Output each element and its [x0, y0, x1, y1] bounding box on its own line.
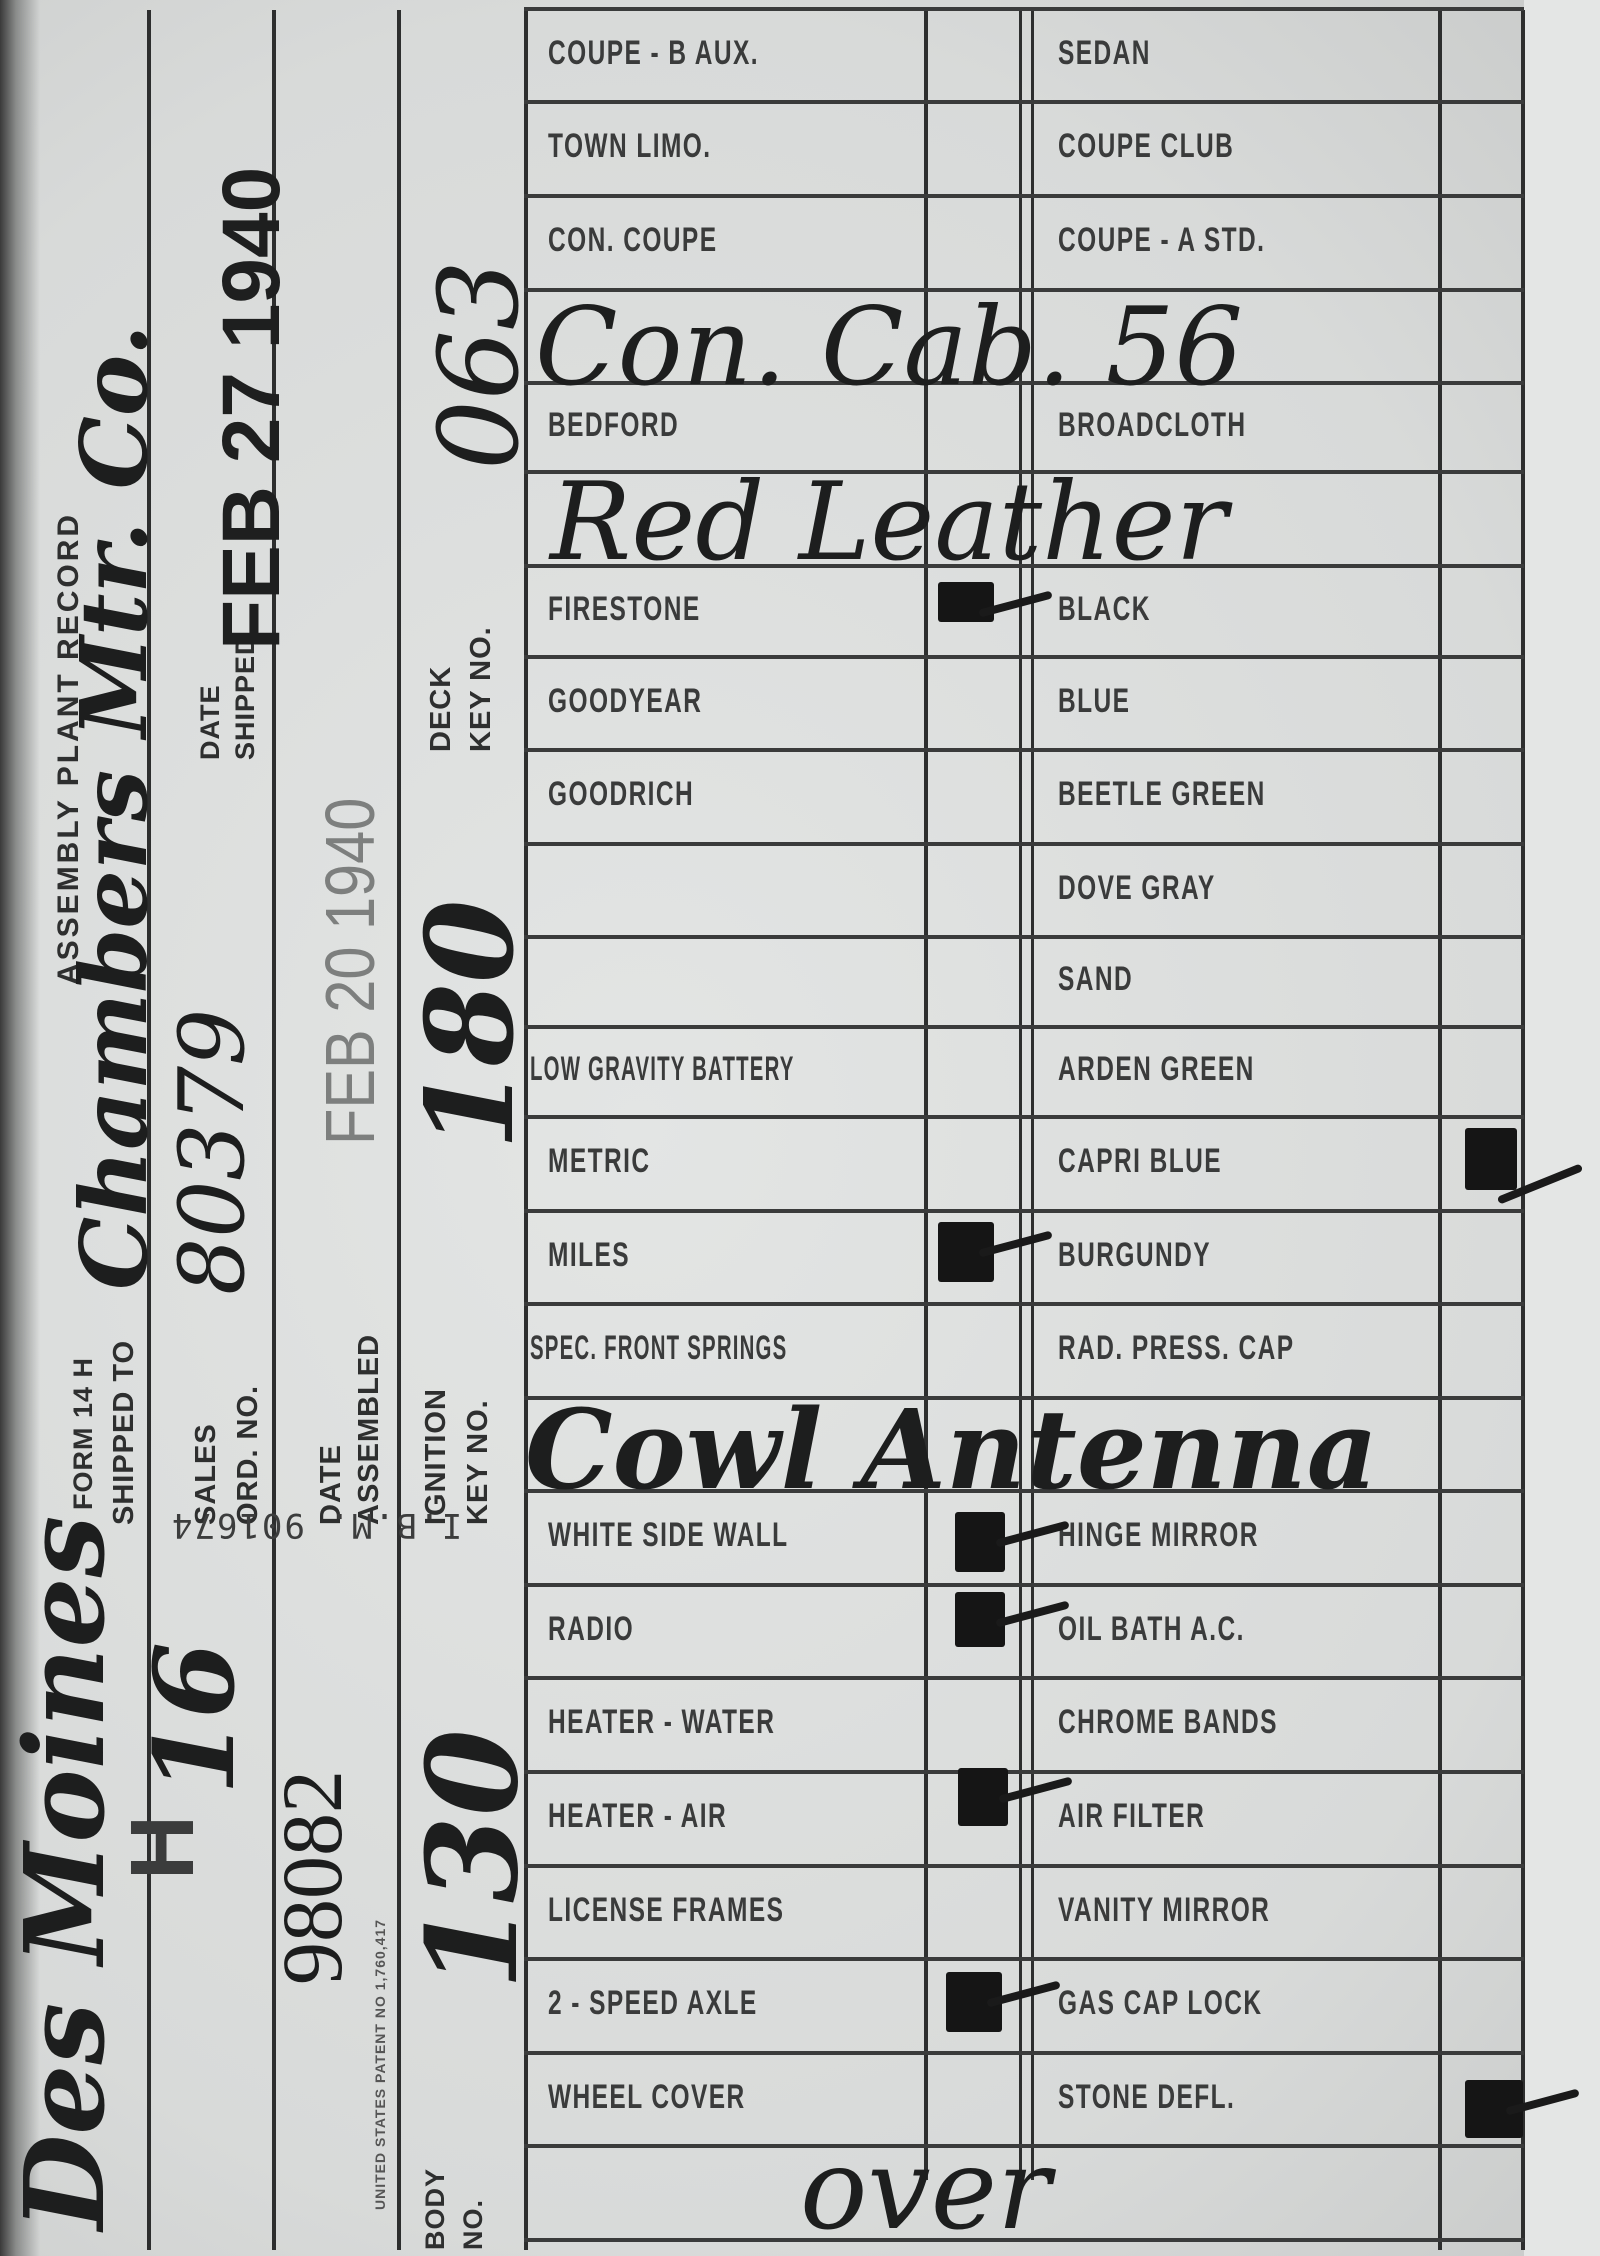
deck-key-no-label: KEY NO.	[465, 626, 498, 752]
grid-left-item: CON. COUPE	[548, 221, 717, 260]
grid-right-item: CHROME BANDS	[1058, 1703, 1278, 1742]
grid-right-item: COUPE CLUB	[1058, 127, 1234, 166]
grid-row-line	[524, 935, 1524, 939]
grid-right-item: SEDAN	[1058, 34, 1151, 73]
trim-handwriting: Red Leather	[550, 460, 1227, 585]
grid-left-item: METRIC	[548, 1142, 650, 1181]
checkmark-stone-defl	[1465, 2080, 1523, 2138]
grid-right-item: BEETLE GREEN	[1058, 775, 1266, 814]
ibm-number: I.B.M. 901674	[170, 1505, 462, 1545]
grid-left-item: WHEEL COVER	[548, 2078, 746, 2117]
grid-right-border	[1521, 10, 1525, 2250]
grid-left-item: COUPE - B AUX.	[548, 34, 759, 73]
grid-right-item: GAS CAP LOCK	[1058, 1984, 1263, 2023]
shipped-to-city-handwriting: Des Moines	[0, 1516, 129, 2230]
body-no-label: NO.	[458, 2199, 489, 2250]
grid-right-item: BURGUNDY	[1058, 1236, 1211, 1275]
date-shipped-label-2: SHIPPED	[230, 634, 261, 760]
grid-row-line	[524, 7, 1524, 11]
grid-left-item: GOODRICH	[548, 775, 694, 814]
grid-right-item: RAD. PRESS. CAP	[1058, 1329, 1295, 1368]
grid-left-item: GOODYEAR	[548, 682, 702, 721]
checkmark-air-filter	[958, 1768, 1008, 1826]
grid-right-item: BROADCLOTH	[1058, 406, 1246, 445]
grid-row-line	[524, 1770, 1524, 1774]
grid-col-check-right	[1438, 10, 1442, 2250]
grid-right-item: STONE DEFL.	[1058, 2078, 1235, 2117]
grid-row-line	[524, 1025, 1524, 1029]
grid-right-item: BLUE	[1058, 682, 1130, 721]
date-shipped-stamp: FEB 27 1940	[205, 167, 299, 650]
sales-ord-handwriting: 80379	[160, 1009, 265, 1295]
grid-left-item: 2 - SPEED AXLE	[548, 1984, 758, 2023]
form-number: FORM 14 H	[68, 1357, 99, 1510]
date-assembled-stamp: FEB 20 1940	[310, 798, 390, 1145]
date-shipped-label: DATE	[195, 685, 226, 761]
checkmark-hinge-mirror	[955, 1512, 1005, 1572]
grid-right-item: VANITY MIRROR	[1058, 1891, 1270, 1930]
checkmark-capri-blue	[1465, 1128, 1517, 1190]
body-label: BODY	[420, 2168, 451, 2250]
shipped-to-handwriting: Chambers Mtr. Co.	[60, 324, 168, 1290]
ignition-key-handwriting: 180	[400, 900, 541, 1151]
ord-no-label: ORD. NO.	[232, 1385, 265, 1525]
grid-row-line	[524, 1115, 1524, 1119]
grid-left-item: HEATER - AIR	[548, 1797, 727, 1836]
grid-left-item: TOWN LIMO.	[548, 127, 712, 166]
grid-left-item: FIRESTONE	[548, 590, 701, 629]
serial-stamp: 98082	[262, 1770, 362, 1985]
grid-right-item: DOVE GRAY	[1058, 869, 1216, 908]
checkmark-burgundy	[938, 1222, 994, 1282]
checkmark-black	[938, 582, 994, 622]
deck-label: DECK	[425, 666, 458, 752]
grid-left-item: MILES	[548, 1236, 630, 1275]
grid-right-item: HINGE MIRROR	[1058, 1516, 1259, 1555]
grid-left-item: HEATER - WATER	[548, 1703, 775, 1742]
grid-right-item: AIR FILTER	[1058, 1797, 1205, 1836]
grid-left-item: BEDFORD	[548, 406, 679, 445]
grid-row-line	[524, 2051, 1524, 2055]
sales-ord-suffix-handwriting: 16	[130, 1642, 259, 1795]
grid-row-line	[524, 1302, 1524, 1306]
grid-row-line	[524, 194, 1524, 198]
grid-row-line	[524, 748, 1524, 752]
accessory-handwriting: Cowl Antenna	[525, 1385, 1378, 1514]
grid-right-item: OIL BATH A.C.	[1058, 1610, 1245, 1649]
checkmark-oil-bath	[955, 1592, 1005, 1647]
footer-handwriting: over	[800, 2125, 1051, 2255]
grid-right-item: BLACK	[1058, 590, 1151, 629]
patent-notice: UNITED STATES PATENT NO 1,760,417	[372, 1919, 388, 2210]
grid-row-line	[524, 1583, 1524, 1587]
grid-left-item: LOW GRAVITY BATTERY	[530, 1050, 795, 1089]
grid-right-item: COUPE - A STD.	[1058, 221, 1265, 260]
grid-right-item: CAPRI BLUE	[1058, 1142, 1222, 1181]
grid-row-line	[524, 655, 1524, 659]
grid-left-item: LICENSE FRAMES	[548, 1891, 784, 1930]
card-right-margin	[1524, 0, 1600, 2256]
grid-row-line	[524, 1676, 1524, 1680]
body-no-handwriting: 130	[400, 1729, 546, 1990]
grid-left-item: RADIO	[548, 1610, 634, 1649]
grid-left-item: WHITE SIDE WALL	[548, 1516, 789, 1555]
grid-row-line	[524, 842, 1524, 846]
grid-row-line	[524, 1957, 1524, 1961]
deck-key-handwriting: 063	[415, 260, 543, 470]
checkmark-gas-cap-lock	[946, 1972, 1002, 2032]
grid-row-line	[524, 1864, 1524, 1868]
shipped-to-label: SHIPPED TO	[108, 1340, 141, 1525]
grid-right-item: SAND	[1058, 960, 1133, 999]
grid-right-item: ARDEN GREEN	[1058, 1050, 1255, 1089]
grid-row-line	[524, 100, 1524, 104]
grid-row-line	[524, 1209, 1524, 1213]
body-type-handwriting: Con. Cab. 56	[535, 285, 1243, 410]
ignition-key-no-label: KEY NO.	[462, 1399, 495, 1525]
assembled-label: ASSEMBLED	[353, 1334, 386, 1525]
grid-left-item: SPEC. FRONT SPRINGS	[530, 1329, 787, 1368]
